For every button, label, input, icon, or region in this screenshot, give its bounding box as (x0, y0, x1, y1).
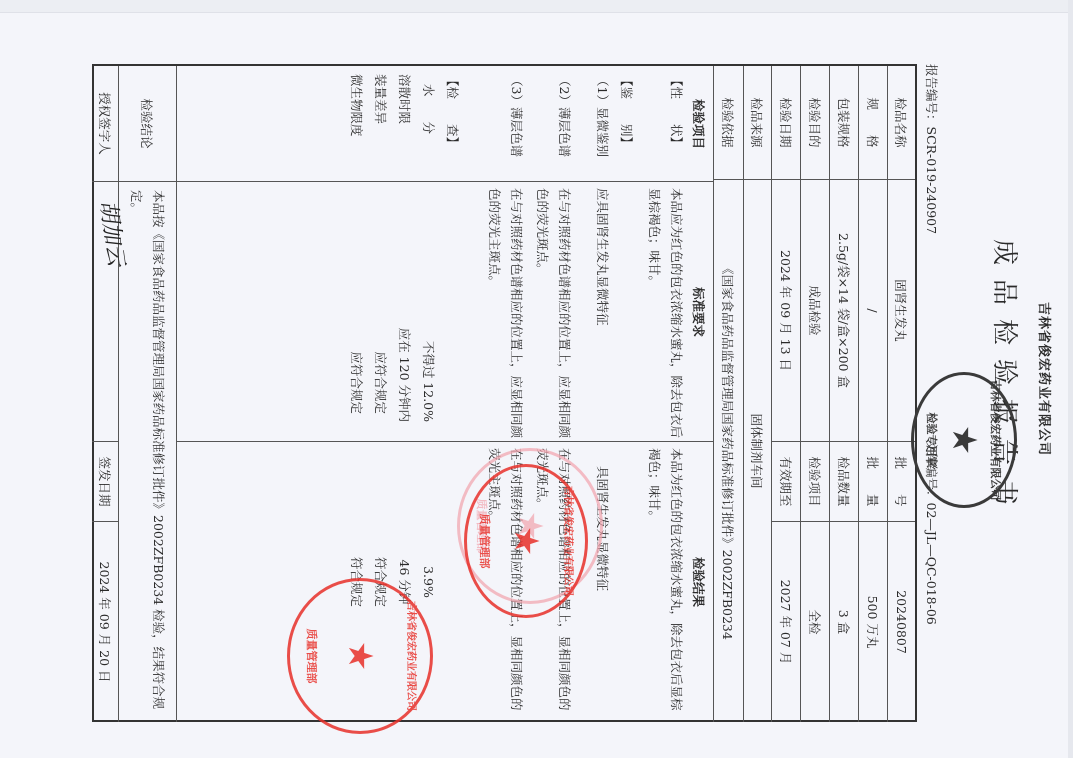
items-header-result: 检验结果 (687, 442, 709, 722)
value-sample-quantity: 3 盒 (829, 522, 858, 722)
item-disintegration: 溶散时限 (393, 74, 415, 180)
result-moisture: 3.9% (417, 442, 439, 722)
standard-moisture: 不得过 12.0% (417, 182, 439, 442)
star-icon: ★ (947, 425, 981, 455)
standard-disintegration: 应在 120 分钟内 (393, 182, 415, 442)
label-expiry: 有效期至 (771, 442, 800, 522)
report-number-value: SCR-019-240907 (924, 127, 939, 235)
result-microbial-limit: 符合规定 (345, 442, 367, 722)
standard-microbial-limit: 应符合规定 (345, 182, 367, 442)
label-basis: 检验依据 (713, 66, 743, 180)
report-number-label: 报告编号： (924, 64, 939, 127)
report-number: 报告编号：SCR-019-240907 (923, 64, 941, 234)
value-source: 固体制剂车间 (743, 180, 771, 722)
value-packaging: 2.5g/袋×14 袋/盒×200 盒 (829, 180, 858, 442)
file-number-label: 文件编号： (924, 440, 939, 503)
standard-column (176, 182, 713, 442)
value-batch-no: 20240807 (887, 522, 915, 722)
report-table: 检品名称 固肾生发丸 批 号 20240807 规 格 / 批 量 500 万丸… (92, 64, 917, 722)
label-source: 检品来源 (743, 66, 771, 180)
value-batch-size: 500 万丸 (858, 522, 887, 722)
item-checks: 【检 查】 (441, 74, 463, 180)
label-issue-date: 签发日期 (92, 442, 118, 522)
company-name: 吉林省俊宏药业有限公司 (1036, 0, 1055, 758)
result-appearance: 本品为红色的包衣浓缩水蜜丸，除去包衣后显棕褐色；味甘。 (643, 448, 687, 716)
inspection-report-page: 吉林省俊宏药业有限公司 成品检验报告书 报告编号：SCR-019-240907 … (0, 0, 1073, 758)
label-batch-size: 批 量 (858, 442, 887, 522)
result-disintegration: 46 分钟 (393, 442, 415, 722)
file-number-value: 02—JL—QC-018-06 (924, 503, 939, 625)
items-header-standard: 标准要求 (687, 182, 709, 442)
item-appearance: 【性 状】 (665, 74, 687, 180)
item-moisture: 水 分 (417, 84, 439, 180)
label-test-scope: 检验项目 (800, 442, 829, 522)
label-packaging: 包装规格 (829, 66, 858, 180)
label-purpose: 检验目的 (800, 66, 829, 180)
report-title: 成品检验报告书 (988, 0, 1025, 758)
label-sample-name: 检品名称 (887, 66, 915, 180)
standard-tlc-2: 在与对照药材色谱相应的位置上，应显相同颜色的荧光主斑点。 (483, 188, 527, 438)
value-test-scope: 全检 (800, 522, 829, 722)
item-identification: 【鉴 别】 (615, 74, 637, 180)
label-sample-quantity: 检品数量 (829, 442, 858, 522)
item-tlc-2: （3）薄层色谱 (505, 74, 527, 180)
value-spec: / (858, 180, 887, 442)
label-batch-no: 批 号 (887, 442, 915, 522)
value-basis: 《国家食品药品监督管理局国家药品标准修订批件》2002ZFB0234 (713, 180, 743, 722)
result-tlc-2: 在与对照药材色谱相应的位置上，显相同颜色的荧光主斑点。 (483, 448, 527, 716)
label-test-date: 检验日期 (771, 66, 800, 180)
value-sample-name: 固肾生发丸 (887, 180, 915, 442)
standard-tlc-1: 在与对照药材色谱相应的位置上，应显相同颜色的荧光斑点。 (531, 188, 575, 438)
value-test-date: 2024 年 09 月 13 日 (771, 180, 800, 442)
item-microscopic: （1）显微鉴别 (591, 74, 613, 180)
standard-fill-variation: 应符合规定 (369, 182, 391, 442)
item-microbial-limit: 微生物限度 (345, 74, 367, 180)
standard-appearance: 本品应为红色的包衣浓缩水蜜丸，除去包衣后显棕褐色；味甘。 (643, 188, 687, 438)
result-column (176, 442, 713, 722)
value-issue-date: 2024 年 09 月 20 日 (92, 522, 118, 722)
items-header-item: 检验项目 (687, 66, 709, 182)
label-spec: 规 格 (858, 66, 887, 180)
label-signer: 授权签字人 (92, 66, 118, 182)
item-fill-variation: 装量差异 (369, 74, 391, 180)
result-fill-variation: 符合规定 (369, 442, 391, 722)
file-number: 文件编号：02—JL—QC-018-06 (923, 440, 941, 625)
label-conclusion: 检验结论 (118, 66, 176, 182)
item-tlc-1: （2）薄层色谱 (553, 74, 575, 180)
result-tlc-1: 在与对照药材色谱相应的位置上，显相同颜色的荧光斑点。 (531, 448, 575, 716)
value-expiry: 2027 年 07 月 (771, 522, 800, 722)
result-microscopic: 具固肾生发丸显微特征 (591, 466, 613, 716)
standard-microscopic: 应具固肾生发丸显微特征 (591, 188, 613, 438)
value-purpose: 成品检验 (800, 180, 829, 442)
